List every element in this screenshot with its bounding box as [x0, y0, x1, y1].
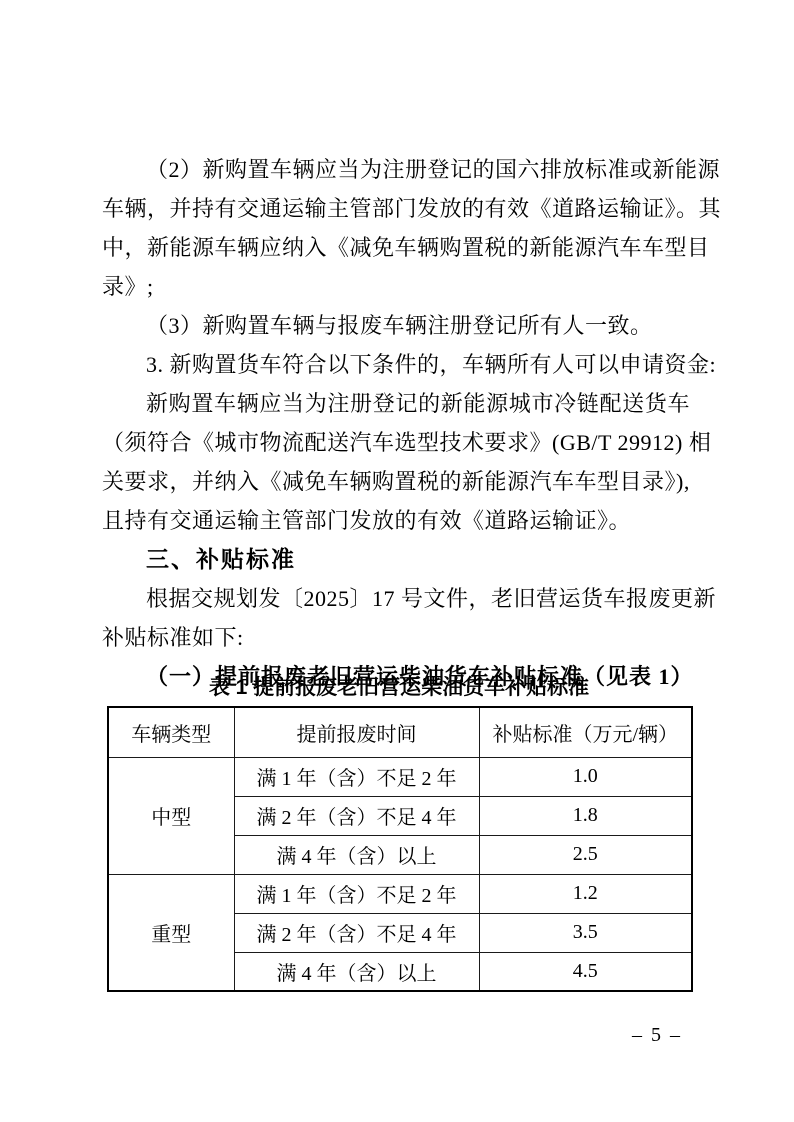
scrap-time-cell: 满 1 年（含）不足 2 年 — [234, 874, 479, 913]
document-page: （2）新购置车辆应当为注册登记的国六排放标准或新能源 车辆，并持有交通运输主管部… — [0, 0, 794, 1122]
page-number: – 5 – — [612, 1024, 702, 1047]
scrap-time-cell: 满 2 年（含）不足 4 年 — [234, 913, 479, 952]
body-line: 中，新能源车辆应纳入《减免车辆购置税的新能源汽车车型目 — [102, 228, 690, 267]
table-header-vehicle-type: 车辆类型 — [108, 707, 234, 757]
section-heading: 三、补贴标准 — [102, 540, 690, 579]
subsidy-cell: 1.8 — [479, 796, 692, 835]
subsidy-cell: 4.5 — [479, 952, 692, 991]
table-header-subsidy: 补贴标准（万元/辆） — [479, 707, 692, 757]
body-line: （须符合《城市物流配送汽车选型技术要求》(GB/T 29912) 相 — [102, 423, 690, 462]
subsidy-cell: 2.5 — [479, 835, 692, 874]
subsidy-cell: 3.5 — [479, 913, 692, 952]
body-line: 3. 新购置货车符合以下条件的，车辆所有人可以申请资金: — [102, 345, 690, 384]
body-line: （2）新购置车辆应当为注册登记的国六排放标准或新能源 — [102, 150, 690, 189]
subsidy-cell: 1.0 — [479, 757, 692, 796]
body-line: 补贴标准如下: — [102, 618, 690, 657]
table-header-scrap-time: 提前报废时间 — [234, 707, 479, 757]
body-line: 关要求，并纳入《减免车辆购置税的新能源汽车车型目录》), — [102, 462, 690, 501]
scrap-time-cell: 满 4 年（含）以上 — [234, 952, 479, 991]
table-row: 重型 满 1 年（含）不足 2 年 1.2 — [108, 874, 692, 913]
scrap-time-cell: 满 2 年（含）不足 4 年 — [234, 796, 479, 835]
document-body: （2）新购置车辆应当为注册登记的国六排放标准或新能源 车辆，并持有交通运输主管部… — [102, 150, 690, 696]
body-line: 根据交规划发〔2025〕17 号文件，老旧营运货车报废更新 — [102, 579, 690, 618]
body-line: （3）新购置车辆与报废车辆注册登记所有人一致。 — [102, 306, 690, 345]
table-title: 表 1 提前报废老旧营运柴油货车补贴标准 — [107, 674, 691, 702]
vehicle-type-cell: 重型 — [108, 874, 234, 991]
table-row: 中型 满 1 年（含）不足 2 年 1.0 — [108, 757, 692, 796]
body-line: 车辆，并持有交通运输主管部门发放的有效《道路运输证》。其 — [102, 189, 690, 228]
vehicle-type-cell: 中型 — [108, 757, 234, 874]
subsidy-table: 车辆类型 提前报废时间 补贴标准（万元/辆） 中型 满 1 年（含）不足 2 年… — [107, 706, 693, 992]
body-line: 且持有交通运输主管部门发放的有效《道路运输证》。 — [102, 501, 690, 540]
table-header-row: 车辆类型 提前报废时间 补贴标准（万元/辆） — [108, 707, 692, 757]
scrap-time-cell: 满 1 年（含）不足 2 年 — [234, 757, 479, 796]
body-line: 录》; — [102, 267, 690, 306]
subsidy-cell: 1.2 — [479, 874, 692, 913]
body-line: 新购置车辆应当为注册登记的新能源城市冷链配送货车 — [102, 384, 690, 423]
scrap-time-cell: 满 4 年（含）以上 — [234, 835, 479, 874]
